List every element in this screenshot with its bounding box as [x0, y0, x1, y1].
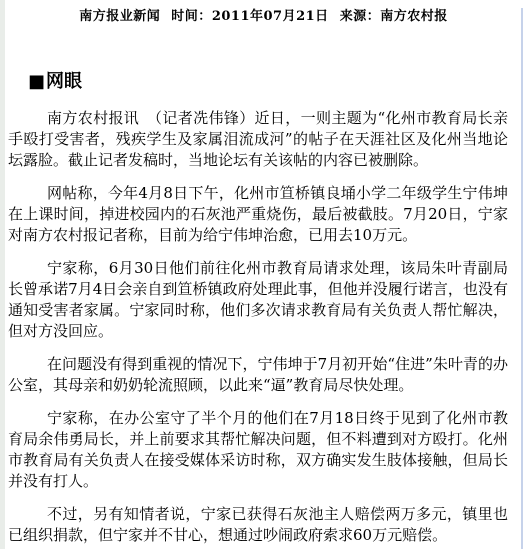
article-paragraph: 在问题没有得到重视的情况下，宁伟坤于7月初开始“住进”朱叶青的办公室，其母亲和奶… — [8, 354, 508, 396]
square-bullet-icon: ■ — [28, 71, 45, 92]
time-value: 2011年07月21日 — [212, 9, 329, 24]
source-label: 来源： — [340, 9, 381, 24]
article-body: 南方农村报讯 （记者冼伟锋）近日，一则主题为“化州市教育局长亲手殴打受害者，残疾… — [8, 108, 508, 546]
time-label: 时间： — [171, 9, 212, 24]
article-paragraph: 宁家称，6月30日他们前往化州市教育局请求处理，该局朱叶青副局长曾承诺7月4日会… — [8, 258, 508, 342]
article-paragraph: 宁家称，在办公室守了半个月的他们在7月18日终于见到了化州市教育局余伟勇局长，并… — [8, 408, 508, 492]
article-paragraph: 不过，另有知情者说，宁家已获得石灰池主人赔偿两万多元，镇里也已组织捐款，但宁家并… — [8, 504, 508, 546]
section-title: 网眼 — [46, 71, 82, 92]
article-paragraph: 网帖称，今年4月8日下午，化州市笪桥镇良埇小学二年级学生宁伟坤在上课时间，掉进校… — [8, 183, 508, 246]
article-paragraph: 南方农村报讯 （记者冼伟锋）近日，一则主题为“化州市教育局长亲手殴打受害者，残疾… — [8, 108, 508, 171]
brand-name: 南方报业新闻 — [79, 9, 160, 24]
source-value: 南方农村报 — [380, 9, 448, 24]
source: 来源：南方农村报 — [340, 9, 448, 24]
window-left-edge — [0, 0, 5, 549]
publish-time: 时间：2011年07月21日 — [171, 9, 333, 24]
article-meta-header: 南方报业新闻 时间：2011年07月21日 来源：南方农村报 — [0, 0, 527, 25]
section-heading: ■网眼 — [28, 72, 527, 92]
content-right-border — [521, 8, 523, 549]
